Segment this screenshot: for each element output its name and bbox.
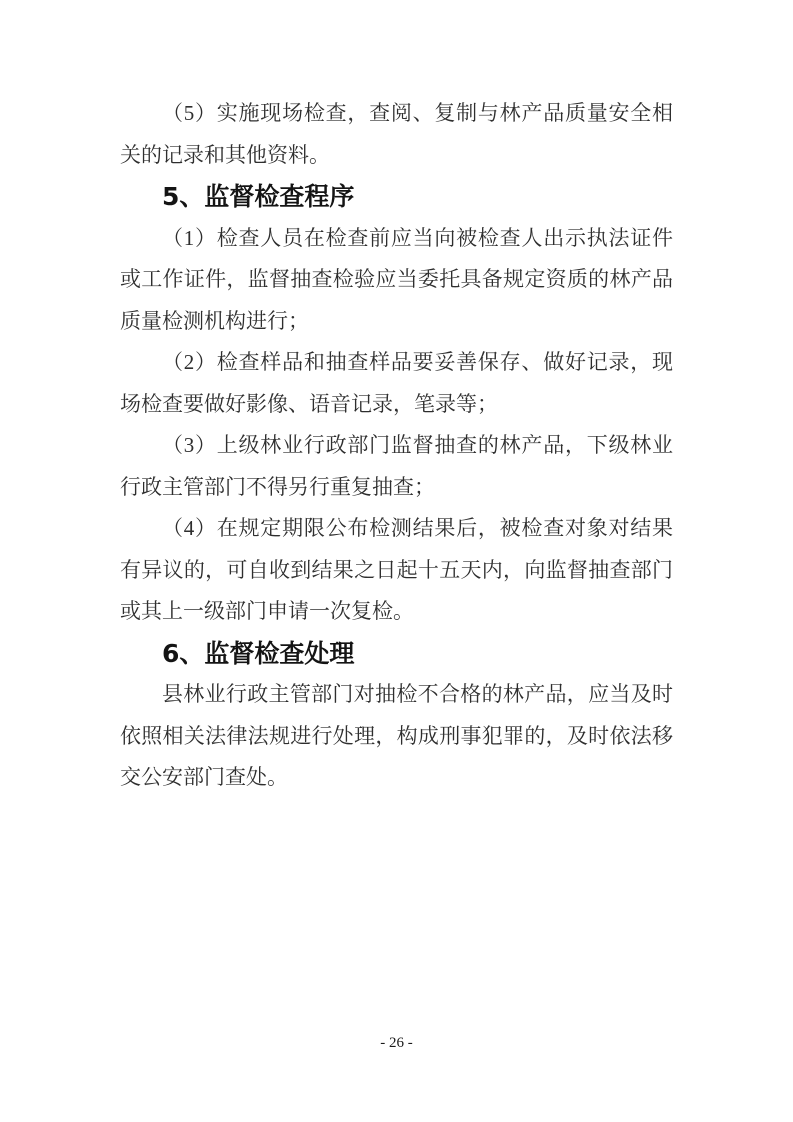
document-page: （5）实施现场检查，查阅、复制与林产品质量安全相关的记录和其他资料。5、监督检查… <box>0 0 793 1122</box>
body-paragraph: （2）检查样品和抽查样品要妥善保存、做好记录，现场检查要做好影像、语音记录，笔录… <box>120 342 673 425</box>
body-paragraph: （4）在规定期限公布检测结果后，被检查对象对结果有异议的，可自收到结果之日起十五… <box>120 508 673 633</box>
body-paragraph: （1）检查人员在检查前应当向被检查人出示执法证件或工作证件，监督抽查检验应当委托… <box>120 218 673 343</box>
section-heading: 5、监督检查程序 <box>120 176 673 218</box>
page-number: - 26 - <box>380 1035 413 1051</box>
body-paragraph: （5）实施现场检查，查阅、复制与林产品质量安全相关的记录和其他资料。 <box>120 93 673 176</box>
document-body: （5）实施现场检查，查阅、复制与林产品质量安全相关的记录和其他资料。5、监督检查… <box>120 93 673 799</box>
section-heading: 6、监督检查处理 <box>120 633 673 675</box>
body-paragraph: 县林业行政主管部门对抽检不合格的林产品，应当及时依照相关法律法规进行处理，构成刑… <box>120 674 673 799</box>
page-footer: - 26 - <box>0 1035 793 1052</box>
body-paragraph: （3）上级林业行政部门监督抽查的林产品，下级林业行政主管部门不得另行重复抽查； <box>120 425 673 508</box>
